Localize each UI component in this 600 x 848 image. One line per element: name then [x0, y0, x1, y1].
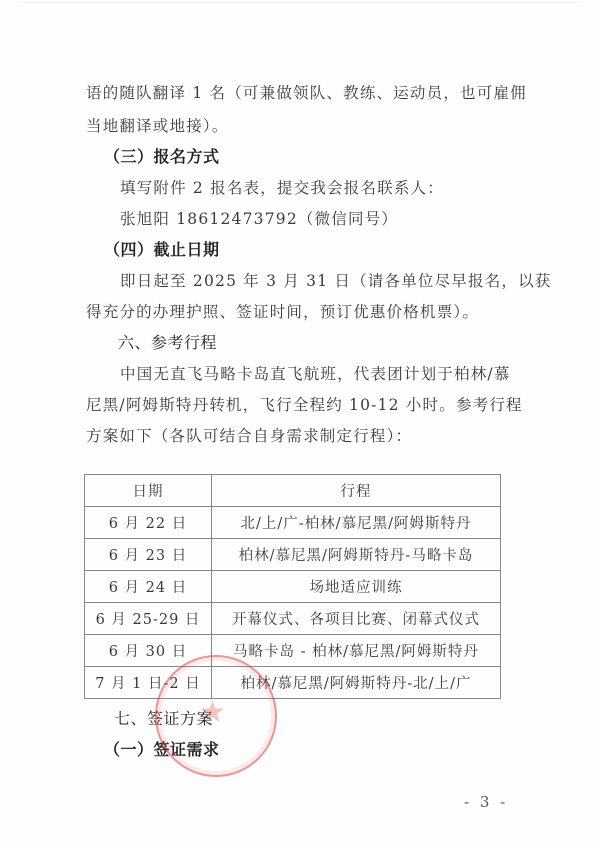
- cell-date: 6 月 30 日: [85, 635, 212, 667]
- column-header-itinerary: 行程: [211, 475, 500, 507]
- paragraph-line: 即日起至 2025 年 3 月 31 日（请各单位尽早报名，以获: [120, 271, 506, 291]
- paragraph-line: 尼黑/阿姆斯特丹转机，飞行全程约 10-12 小时。参考行程: [86, 395, 506, 415]
- paragraph-line: 填写附件 2 报名表，提交我会报名联系人：: [120, 178, 506, 198]
- cell-date: 6 月 22 日: [85, 507, 212, 539]
- table-row: 6 月 24 日 场地适应训练: [85, 571, 501, 603]
- itinerary-table: 日期 行程 6 月 22 日 北/上/广-柏林/慕尼黑/阿姆斯特丹 6 月 23…: [84, 474, 501, 699]
- subheading-deadline: （四）截止日期: [104, 240, 220, 260]
- paragraph-line: 方案如下（各队可结合自身需求制定行程）：: [86, 426, 506, 446]
- subheading-visa-needs: （一）签证需求: [104, 740, 220, 760]
- cell-itinerary: 北/上/广-柏林/慕尼黑/阿姆斯特丹: [211, 507, 500, 539]
- document-page: 语的随队翻译 1 名（可兼做领队、教练、运动员，也可雇佣 当地翻译或地接）。 （…: [0, 0, 600, 848]
- page-edge-divider: [20, 2, 580, 3]
- cell-date: 6 月 24 日: [85, 571, 212, 603]
- subheading-registration-method: （三）报名方式: [104, 147, 220, 167]
- cell-itinerary: 场地适应训练: [211, 571, 500, 603]
- table-header-row: 日期 行程: [85, 475, 501, 507]
- section-heading-visa: 七、签证方案: [114, 709, 213, 729]
- contact-line: 张旭阳 18612473792（微信同号）: [120, 209, 506, 229]
- table-row: 6 月 22 日 北/上/广-柏林/慕尼黑/阿姆斯特丹: [85, 507, 501, 539]
- column-header-date: 日期: [85, 475, 212, 507]
- paragraph-line: 语的随队翻译 1 名（可兼做领队、教练、运动员，也可雇佣: [86, 83, 506, 103]
- cell-itinerary: 开幕仪式、各项目比赛、闭幕式仪式: [211, 603, 500, 635]
- table-row: 7 月 1 日-2 日 柏林/慕尼黑/阿姆斯特丹-北/上/广: [85, 667, 501, 699]
- cell-itinerary: 柏林/慕尼黑/阿姆斯特丹-马略卡岛: [211, 539, 500, 571]
- paragraph-line: 得充分的办理护照、签证时间，预订优惠价格机票）。: [86, 302, 506, 322]
- cell-date: 7 月 1 日-2 日: [85, 667, 212, 699]
- cell-itinerary: 柏林/慕尼黑/阿姆斯特丹-北/上/广: [211, 667, 500, 699]
- table-row: 6 月 23 日 柏林/慕尼黑/阿姆斯特丹-马略卡岛: [85, 539, 501, 571]
- cell-date: 6 月 25-29 日: [85, 603, 212, 635]
- paragraph-line: 中国无直飞马略卡岛直飞航班，代表团计划于柏林/慕: [120, 364, 506, 384]
- table-row: 6 月 25-29 日 开幕仪式、各项目比赛、闭幕式仪式: [85, 603, 501, 635]
- paragraph-line: 当地翻译或地接）。: [86, 116, 506, 136]
- cell-date: 6 月 23 日: [85, 539, 212, 571]
- section-heading-itinerary: 六、参考行程: [118, 333, 217, 353]
- cell-itinerary: 马略卡岛 - 柏林/慕尼黑/阿姆斯特丹: [211, 635, 500, 667]
- table-row: 6 月 30 日 马略卡岛 - 柏林/慕尼黑/阿姆斯特丹: [85, 635, 501, 667]
- page-number: - 3 -: [464, 793, 508, 811]
